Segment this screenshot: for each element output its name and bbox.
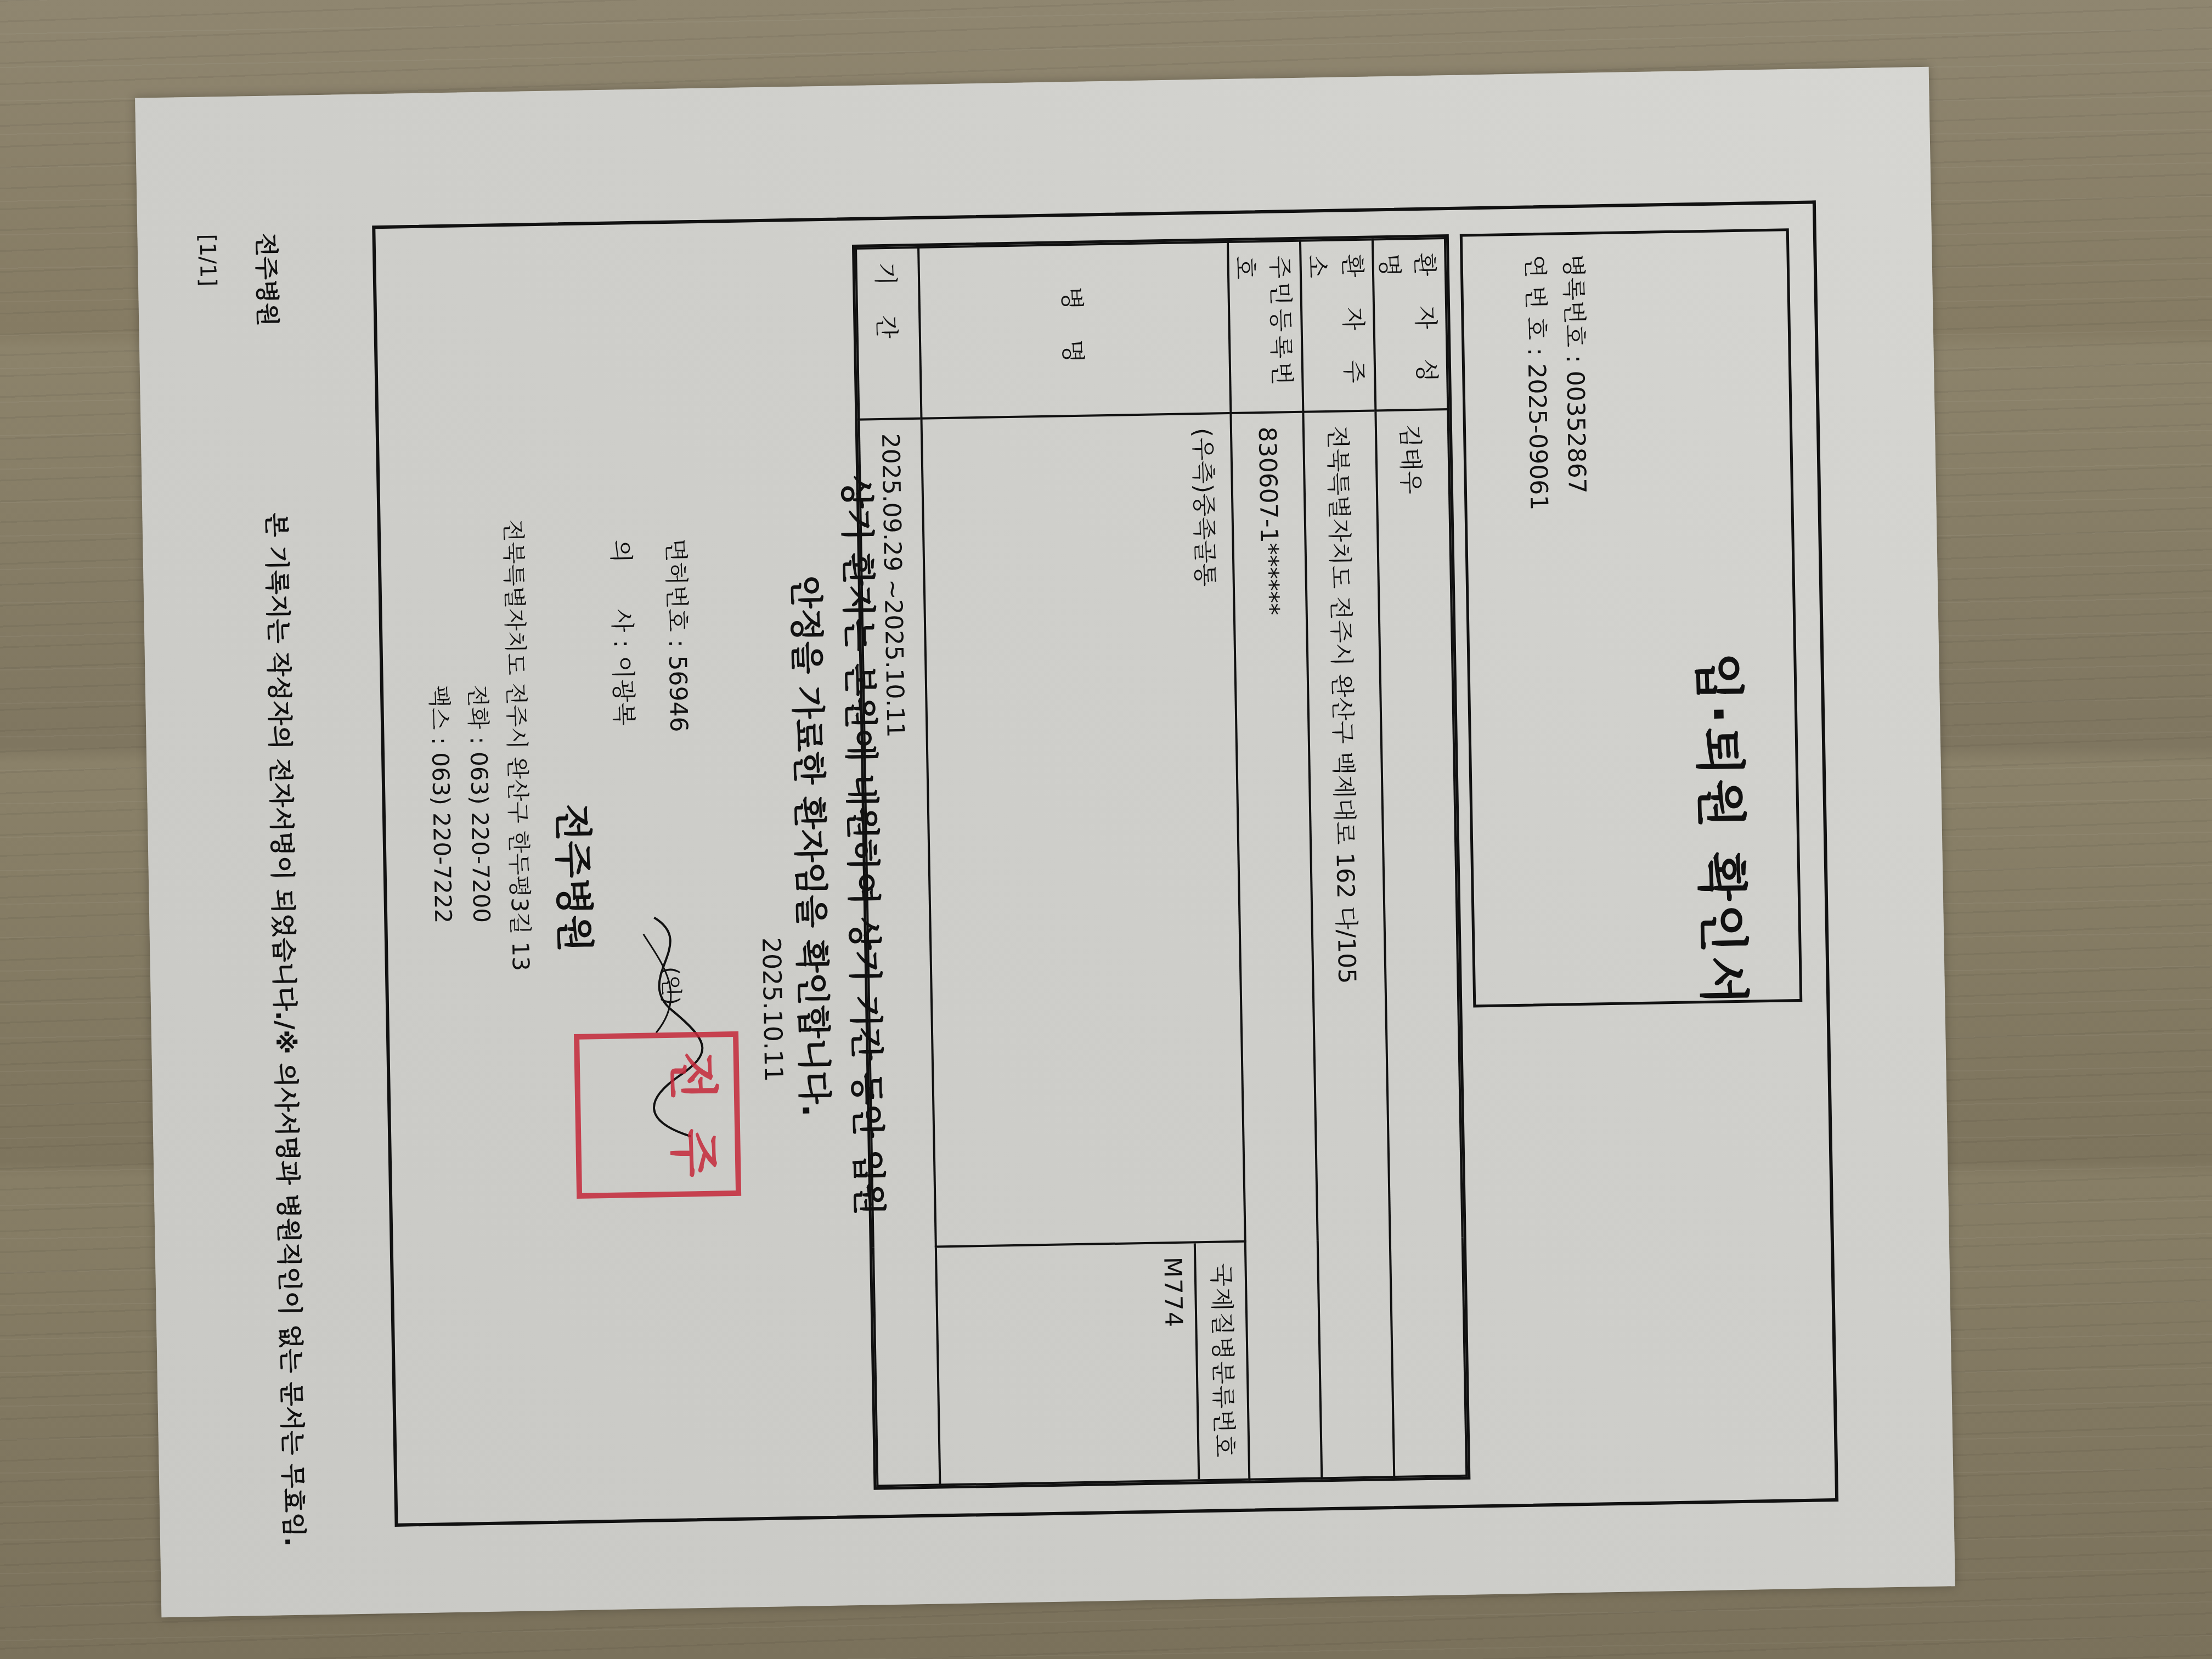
page-number: [1/1] — [194, 234, 221, 286]
hospital-address: 전북특별자치도 전주시 완산구 한두평3길 13 — [494, 519, 540, 971]
seal-char: 전 — [579, 1037, 730, 1116]
phone-value: 063) 220-7200 — [465, 752, 495, 923]
diagnosis-label: 병 명 — [918, 242, 1231, 419]
serial-number-label: 연 번 호 — [1520, 255, 1550, 340]
hospital-contact: 전북특별자치도 전주시 완산구 한두평3길 13 전화 : 063) 220-7… — [417, 519, 540, 973]
hospital-fax-row: 팩스 : 063) 220-7222 — [417, 521, 463, 973]
fax-label: 팩스 — [426, 685, 453, 730]
license-number: 56946 — [663, 655, 692, 732]
license-label: 면허번호 — [661, 538, 691, 632]
patient-info-table: 환 자 성 명 김태우 환 자 주 소 전북특별자치도 전주시 완산구 백제대로… — [852, 234, 1470, 1490]
icd-code: M774 — [937, 1243, 1198, 1483]
doctor-name: 이광복 — [608, 656, 637, 726]
rrn-label: 주민등록번호 — [1228, 241, 1303, 413]
doctor-row: 의 사 : 이광복 — [592, 539, 651, 733]
hospital-name: 전주병원 — [548, 803, 606, 952]
registration-info: 병록번호 : 00352867 연 번 호 : 2025-09061 — [1515, 253, 1596, 510]
phone-label: 전화 — [464, 685, 492, 730]
record-number-value: 00352867 — [1561, 370, 1591, 494]
issue-date: 2025.10.11 — [757, 937, 789, 1082]
record-number-label: 병록번호 — [1559, 254, 1588, 348]
seal-char: 주 — [581, 1114, 731, 1193]
hospital-seal-stamp: 전 주 — [574, 1031, 741, 1199]
icd-label: 국제질병분류번호 — [1194, 1243, 1248, 1480]
diagnosis-value: (우측)중족골통 — [921, 413, 1245, 1247]
record-number-row: 병록번호 : 00352867 — [1553, 253, 1596, 510]
doctor-info: 면허번호 : 56946 의 사 : 이광복 — [592, 538, 706, 733]
serial-number-row: 연 번 호 : 2025-09061 — [1515, 255, 1558, 511]
patient-address-label: 환 자 주 소 — [1300, 239, 1375, 411]
icd-cell: 국제질병분류번호 M774 — [936, 1242, 1249, 1485]
license-row: 면허번호 : 56946 — [647, 538, 706, 732]
seal-mark: (인) — [657, 966, 689, 1005]
table-row: 병 명 (우측)중족골통 국제질병분류번호 M774 — [918, 242, 1249, 1485]
patient-name-label: 환 자 성 명 — [1373, 238, 1448, 410]
footer-hospital-name: 전주병원 — [250, 233, 287, 326]
document-paper: 입·퇴원 확인서 병록번호 : 00352867 연 번 호 : 2025-09… — [135, 67, 1955, 1618]
footer-validity-note: 본 기록지는 작성자의 전자서명이 되었습니다./※ 의사서명과 병원직인이 없… — [259, 512, 314, 1547]
fax-value: 063) 220-7222 — [427, 752, 456, 924]
serial-number-value: 2025-09061 — [1522, 363, 1553, 511]
doctor-label: 의 사 — [606, 539, 636, 633]
